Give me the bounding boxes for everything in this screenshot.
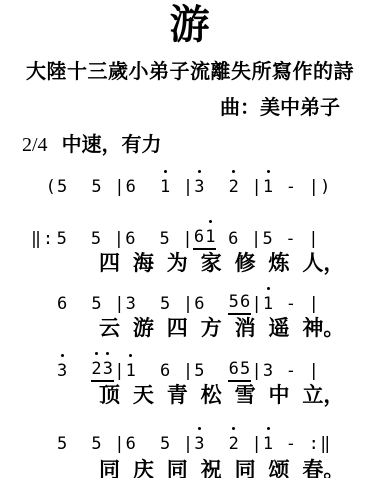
note: 1: [159, 176, 170, 198]
lyric-syllable: 青: [167, 383, 201, 407]
note: 5: [56, 228, 67, 250]
barline-symbol: |: [308, 293, 319, 315]
note: 3: [194, 176, 205, 198]
notation-line: 65|35|656|1-|: [45, 291, 380, 315]
barline-symbol: |: [182, 433, 193, 455]
lyric-syllable: 消: [235, 316, 269, 340]
parenthesis-symbol: (: [45, 176, 56, 198]
note: 1: [125, 360, 136, 382]
barline-symbol: |: [251, 176, 262, 198]
barline-symbol: |: [251, 433, 262, 455]
notation-line: ‖:55|65|616|5-|: [45, 226, 380, 250]
lyric-syllable: 中: [268, 383, 302, 407]
note: 3: [262, 360, 273, 382]
lyric-syllable: 立，: [302, 383, 344, 407]
barline-symbol: |: [251, 360, 262, 382]
barline-symbol: |: [182, 176, 193, 198]
lyric-syllable: 颂: [268, 458, 302, 478]
lyric-syllable: 方: [201, 316, 235, 340]
lyric-syllable: 遥: [268, 316, 302, 340]
note: 61: [193, 226, 216, 250]
repeat-start-symbol: ‖:: [30, 228, 56, 250]
tempo-row: 2/4 中速，有力: [0, 128, 380, 157]
lyrics-line: 同庆同祝同颂春。: [45, 458, 380, 478]
note: 1: [262, 433, 273, 455]
note: 5: [91, 433, 102, 455]
song-title: 游: [0, 2, 380, 48]
note: 5: [194, 360, 205, 382]
composer-credit: 曲：美中弟子: [0, 91, 380, 120]
barline-symbol: |: [114, 433, 125, 455]
lyric-syllable: 游: [133, 316, 167, 340]
dash-note: -: [285, 293, 296, 315]
barline-symbol: |: [114, 293, 125, 315]
lyric-syllable: 炼: [268, 251, 302, 275]
lyric-syllable: 庆: [133, 458, 167, 478]
lyric-syllable: 四: [167, 316, 201, 340]
lyrics-line: 四海为家修炼人，: [45, 251, 380, 277]
note: 6: [125, 176, 136, 198]
dash-note: -: [285, 228, 296, 250]
barline-symbol: |: [114, 176, 125, 198]
lyric-syllable: 为: [167, 251, 201, 275]
lyric-syllable: 祝: [201, 458, 235, 478]
barline-symbol: |: [182, 228, 193, 250]
barline-symbol: |: [308, 176, 319, 198]
note: 1: [262, 176, 273, 198]
lyric-syllable: 家: [201, 251, 235, 275]
note: 5: [159, 293, 170, 315]
lyric-syllable: 雪: [235, 383, 269, 407]
note: 5: [56, 176, 67, 198]
note: 5: [262, 228, 273, 250]
barline-symbol: |: [113, 228, 124, 250]
song-subtitle: 大陸十三歲小弟子流離失所寫作的詩: [0, 55, 380, 84]
lyric-syllable: 春。: [302, 458, 344, 478]
note: 2: [228, 176, 239, 198]
note: 6: [228, 228, 239, 250]
lyric-syllable: 神。: [302, 316, 344, 340]
note: 5: [91, 293, 102, 315]
note: 3: [56, 360, 67, 382]
note: 2: [228, 433, 239, 455]
note: 56: [228, 291, 251, 315]
barline-symbol: |: [250, 228, 261, 250]
note: 5: [56, 433, 67, 455]
note: 6: [194, 293, 205, 315]
barline-symbol: |: [308, 360, 319, 382]
meter-signature: 2/4: [22, 134, 48, 157]
lyric-syllable: 顶: [99, 383, 133, 407]
tempo-marking: 中速，有力: [62, 128, 162, 157]
barline-symbol: |: [182, 293, 193, 315]
note: 6: [56, 293, 67, 315]
note: 6: [125, 433, 136, 455]
repeat-end-symbol: :‖: [308, 433, 331, 455]
note: 23: [91, 358, 114, 382]
dash-note: -: [285, 433, 296, 455]
note: 1: [262, 293, 273, 315]
lyric-syllable: 天: [133, 383, 167, 407]
lyric-syllable: 修: [235, 251, 269, 275]
note: 5: [159, 228, 170, 250]
lyrics-line: 云游四方消遥神。: [45, 316, 380, 342]
barline-symbol: |: [114, 360, 125, 382]
score: (55|61|32|1-|)‖:55|65|616|5-|四海为家修炼人，65|…: [0, 176, 380, 478]
dash-note: -: [285, 176, 296, 198]
notation-line: 55|65|32|1-:‖: [45, 433, 380, 457]
barline-symbol: |: [308, 228, 319, 250]
barline-symbol: |: [251, 293, 262, 315]
lyrics-line: 顶天青松雪中立，: [45, 383, 380, 409]
note: 3: [194, 433, 205, 455]
lyric-syllable: 同: [99, 458, 133, 478]
lyric-syllable: 云: [99, 316, 133, 340]
notation-line: 323|16|565|3-|: [45, 358, 380, 382]
note: 5: [159, 433, 170, 455]
lyric-syllable: 松: [201, 383, 235, 407]
lyric-syllable: 四: [99, 251, 133, 275]
note: 5: [90, 228, 101, 250]
lyric-syllable: 同: [167, 458, 201, 478]
lyric-syllable: 同: [235, 458, 269, 478]
note: 6: [159, 360, 170, 382]
lyric-syllable: 人，: [302, 251, 344, 275]
lyric-syllable: 海: [133, 251, 167, 275]
note: 5: [91, 176, 102, 198]
parenthesis-symbol: ): [320, 176, 331, 198]
note: 3: [125, 293, 136, 315]
sheet-music-page: 游 大陸十三歲小弟子流離失所寫作的詩 曲：美中弟子 2/4 中速，有力 (55|…: [0, 2, 380, 478]
note: 6: [125, 228, 136, 250]
notation-line: (55|61|32|1-|): [45, 176, 380, 200]
note: 65: [228, 358, 251, 382]
barline-symbol: |: [182, 360, 193, 382]
dash-note: -: [285, 360, 296, 382]
